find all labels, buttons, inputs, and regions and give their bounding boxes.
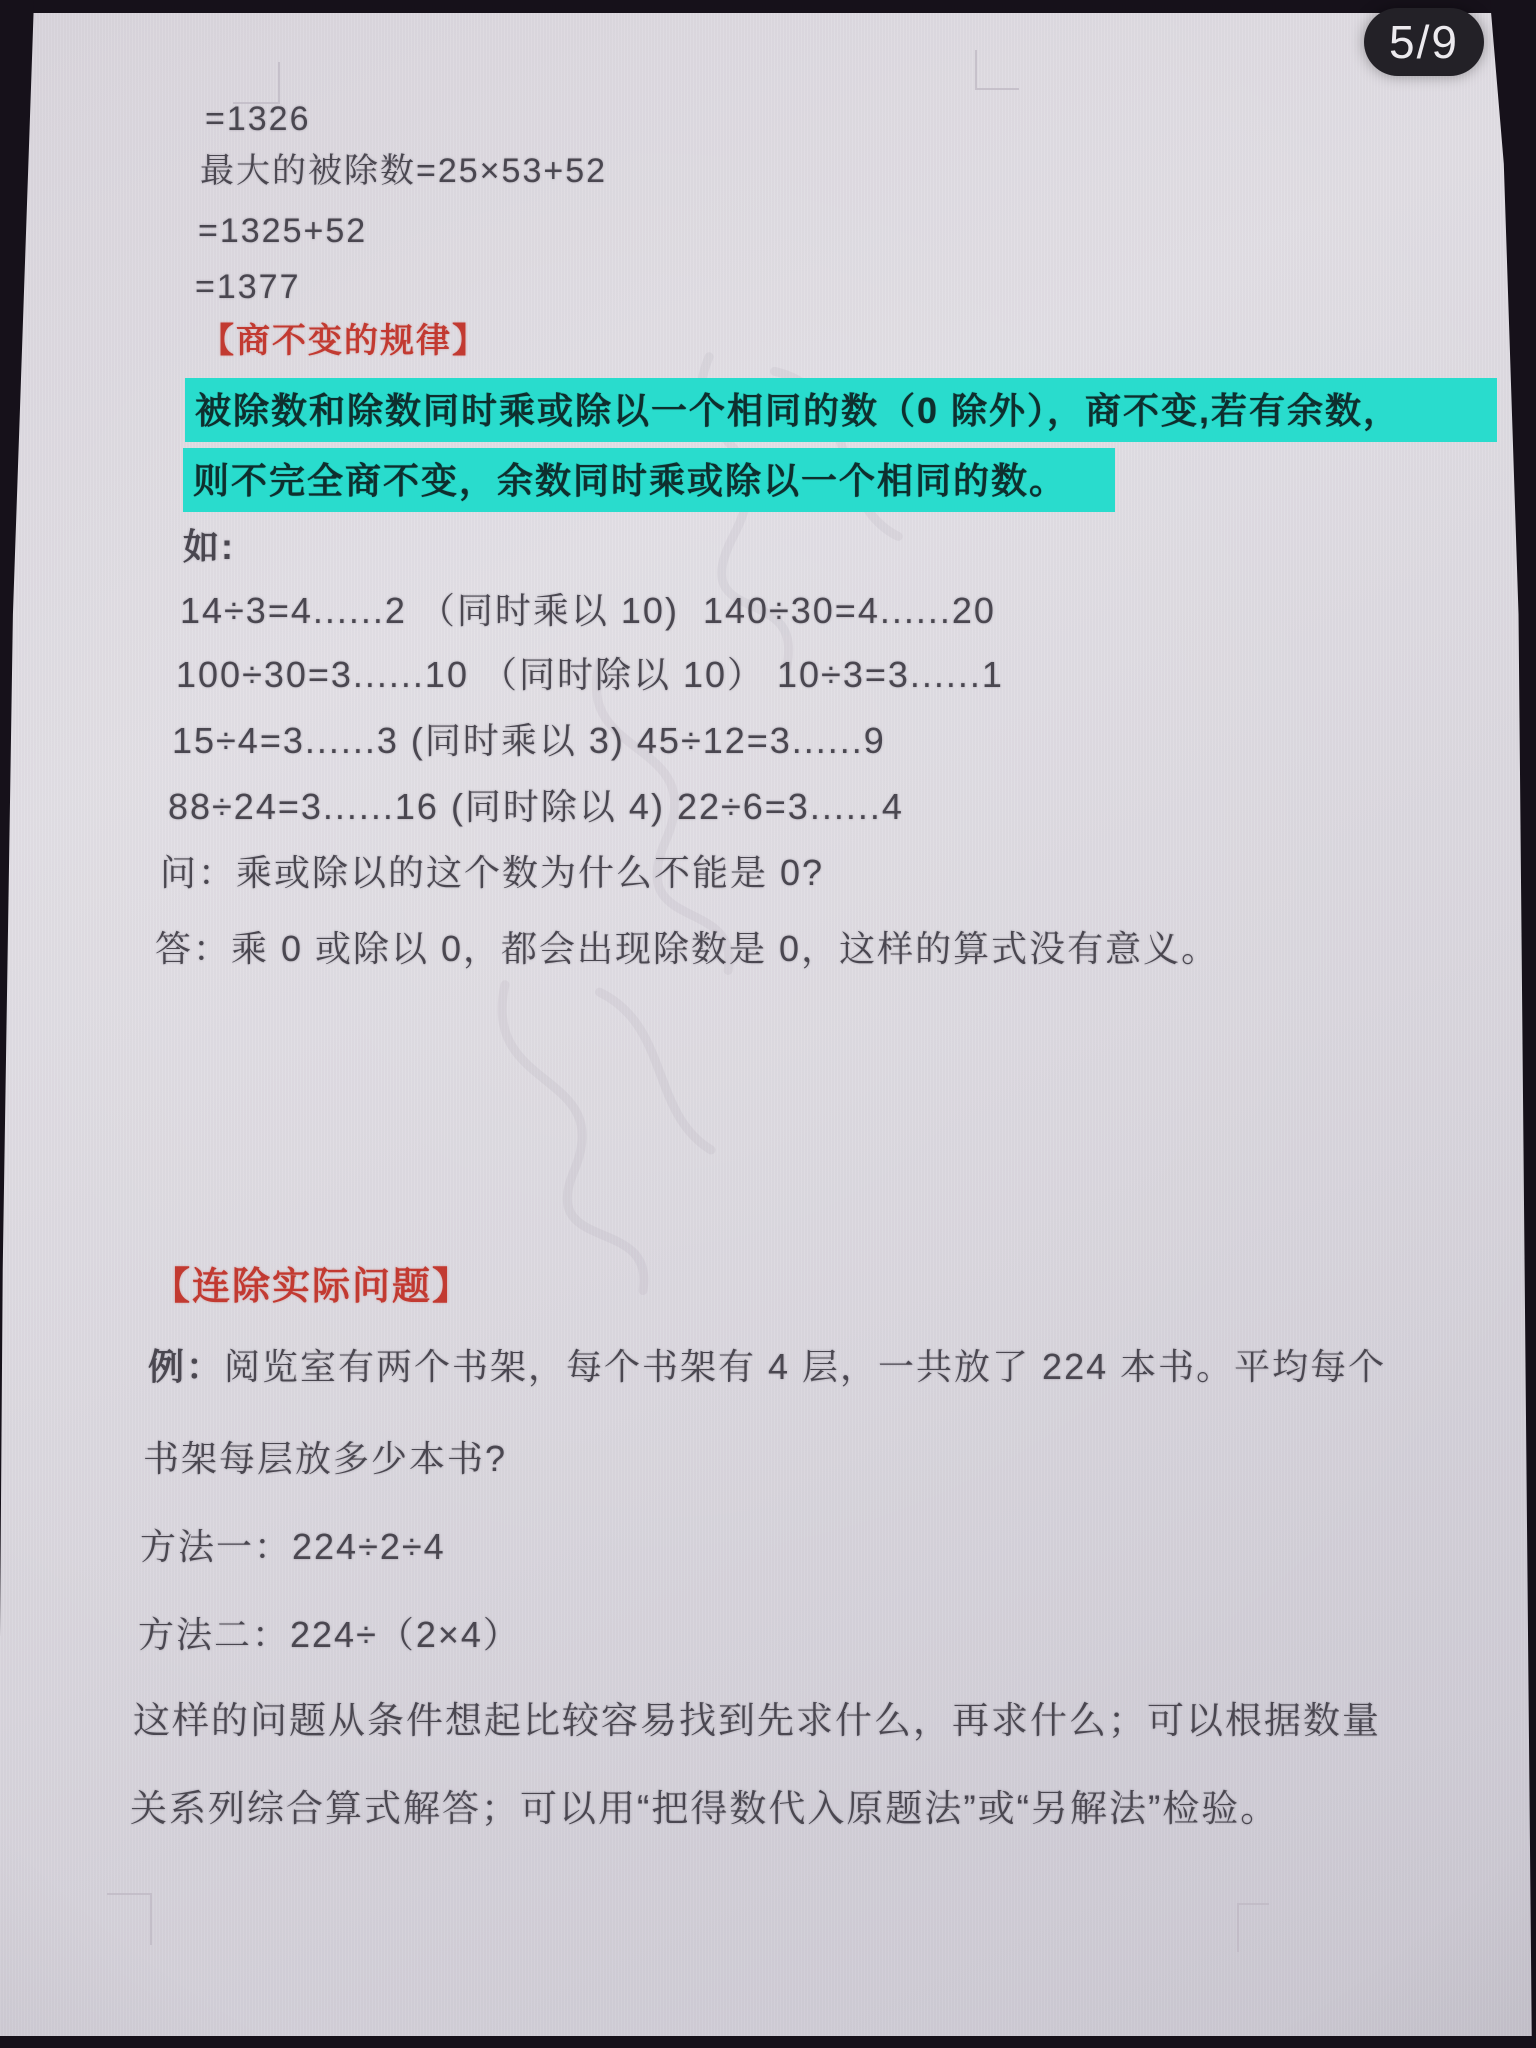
photo-frame: =1326 最大的被除数=25×53+52 =1325+52 =1377 【商不… bbox=[0, 0, 1536, 2048]
example-text: 阅览室有两个书架，每个书架有 4 层，一共放了 224 本书。平均每个 bbox=[224, 1346, 1386, 1387]
answer-line: 答：乘 0 或除以 0，都会出现除数是 0，这样的算式没有意义。 bbox=[155, 926, 1219, 971]
example-line: 书架每层放多少本书? bbox=[143, 1436, 507, 1481]
paragraph-line: 关系列综合算式解答；可以用“把得数代入原题法”或“另解法”检验。 bbox=[130, 1786, 1279, 1832]
section-heading-division-problems: 【连除实际问题】 bbox=[152, 1264, 472, 1312]
example-line: 例：阅览室有两个书架，每个书架有 4 层，一共放了 224 本书。平均每个 bbox=[148, 1344, 1386, 1389]
question-line: 问：乘或除以的这个数为什么不能是 0? bbox=[160, 850, 824, 895]
corner-mark-bottom-left bbox=[107, 1893, 152, 1945]
formula-line: =1326 bbox=[205, 98, 311, 141]
document-page[interactable]: =1326 最大的被除数=25×53+52 =1325+52 =1377 【商不… bbox=[0, 0, 1536, 2048]
equation-line: 100÷30=3......10 （同时除以 10） 10÷3=3......1 bbox=[176, 652, 1004, 697]
page-indicator-text: 5/9 bbox=[1389, 15, 1459, 69]
equation-line: 88÷24=3......16 (同时除以 4) 22÷6=3......4 bbox=[168, 784, 904, 829]
formula-line: =1325+52 bbox=[198, 210, 367, 253]
formula-line: =1377 bbox=[195, 266, 301, 309]
section-heading-quotient-rule: 【商不变的规律】 bbox=[200, 320, 488, 363]
formula-line: 最大的被除数=25×53+52 bbox=[200, 150, 607, 193]
paragraph-line: 这样的问题从条件想起比较容易找到先求什么，再求什么；可以根据数量 bbox=[133, 1698, 1381, 1744]
example-prefix: 例： bbox=[148, 1346, 224, 1387]
corner-mark-bottom-right bbox=[1237, 1903, 1269, 1952]
corner-mark-top-right bbox=[975, 50, 1019, 90]
highlight-line: 被除数和除数同时乘或除以一个相同的数（0 除外），商不变,若有余数， bbox=[185, 378, 1497, 442]
equation-line: 15÷4=3......3 (同时乘以 3) 45÷12=3......9 bbox=[172, 718, 886, 763]
highlight-line: 则不完全商不变，余数同时乘或除以一个相同的数。 bbox=[183, 448, 1115, 512]
equation-line: 14÷3=4......2 （同时乘以 10) 140÷30=4......20 bbox=[180, 588, 996, 633]
page-indicator-badge: 5/9 bbox=[1364, 8, 1484, 76]
method-line: 方法二：224÷（2×4） bbox=[138, 1612, 521, 1657]
example-intro-label: 如: bbox=[183, 524, 235, 569]
method-line: 方法一：224÷2÷4 bbox=[140, 1524, 446, 1569]
